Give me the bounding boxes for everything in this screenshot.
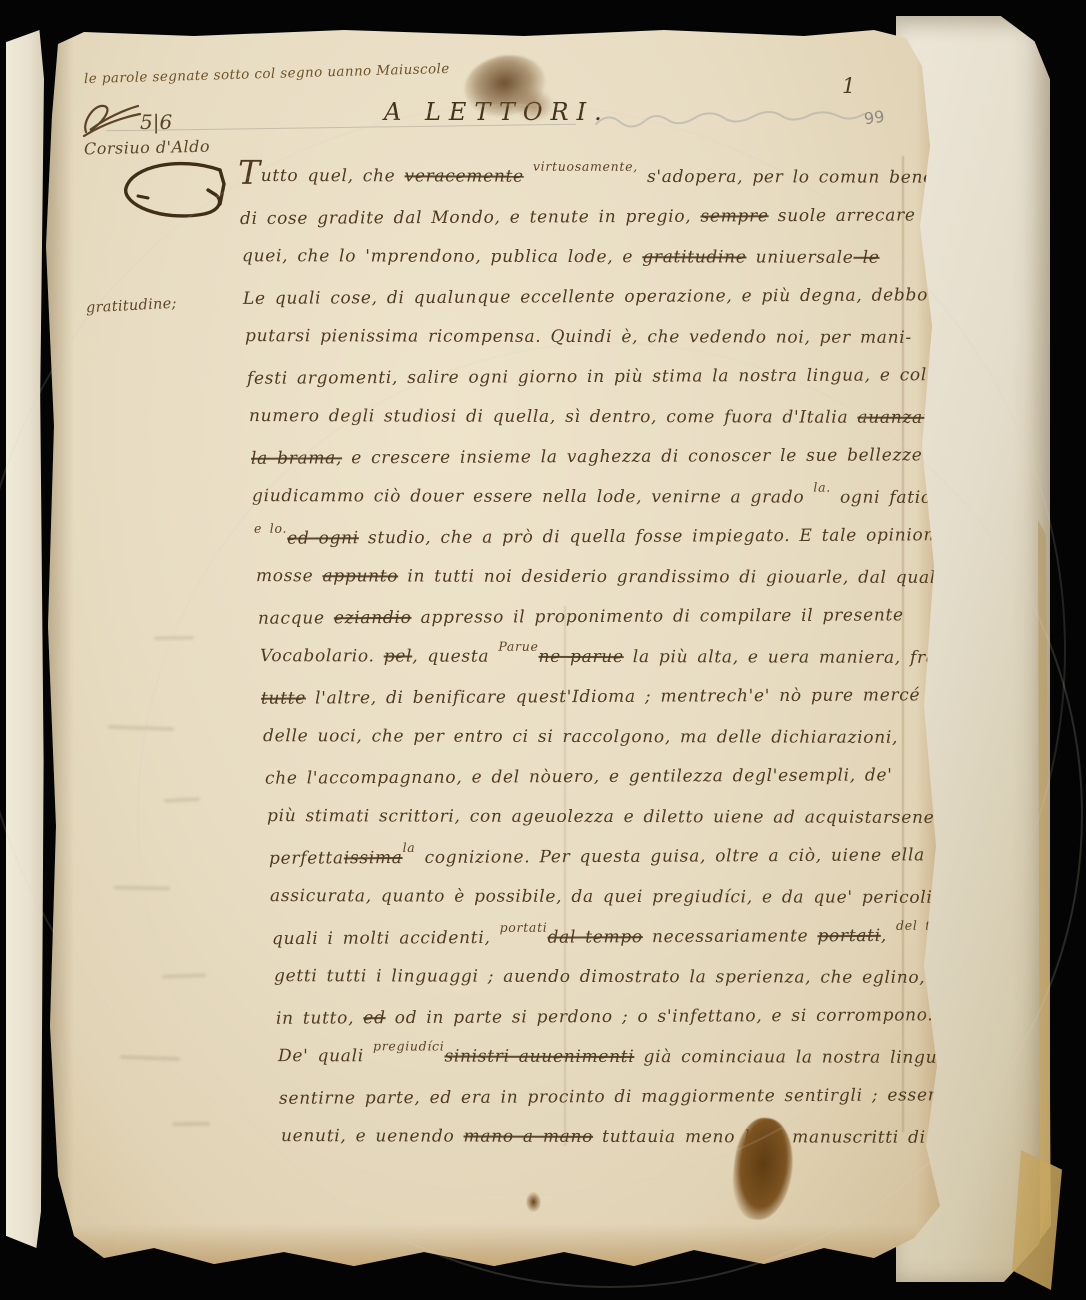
manuscript-line: De' quali pregiudícisinistri auuenimenti… (278, 1044, 968, 1071)
manuscript-line: festi argomenti, salire ogni giorno in p… (247, 363, 927, 391)
manuscript-line: nacque eziandio appresso il proponimento… (258, 603, 904, 630)
photo-background: le parole segnate sotto col segno uanno … (0, 0, 1086, 1300)
manuscript-line: la brama, e crescere insieme la vaghezza… (251, 443, 938, 471)
manuscript-line: che l'accompagnano, e del nòuero, e gent… (265, 763, 893, 790)
ink-blot (526, 1192, 541, 1212)
manuscript-line: uenuti, e uenendo mano a mano tuttauia m… (281, 1124, 987, 1150)
manuscript-line: giudicammo ciò douer essere nella lode, … (252, 484, 948, 511)
manuscript-line: tutte l'altre, di benificare quest'Idiom… (261, 683, 920, 710)
manuscript-line: putarsi pienissima ricompensa. Quindi è,… (245, 324, 912, 350)
manuscript-line: getti tutti i linguaggi ; auendo dimostr… (274, 964, 946, 990)
book-flyleaf (6, 30, 44, 1248)
manuscript-line: di cose gradite dal Mondo, e tenute in p… (240, 203, 1001, 232)
manuscript-page: le parole segnate sotto col segno uanno … (44, 26, 948, 1272)
manuscript-line: in tutto, ed od in parte si perdono ; o … (276, 1003, 934, 1030)
manuscript-line: mosse appunto in tutti noi desiderio gra… (256, 564, 947, 590)
manuscript-line: e lo.ed ogni studio, che a prò di quella… (254, 523, 946, 552)
manuscript-line: assicurata, quanto è possibile, da quei … (270, 884, 964, 910)
manuscript-line: numero degli studiosi di quella, sì dent… (249, 404, 947, 430)
manuscript-line: delle uoci, che per entro ci si raccolgo… (263, 724, 898, 750)
manuscript-line: più stimati scrittori, con ageuolezza e … (267, 804, 934, 830)
book-corner-edge (1012, 1150, 1062, 1290)
manuscript-line: Vocabolario. pel, questa Paruene parue l… (260, 644, 937, 671)
manuscript-line: perfettaissimala cognizione. Per questa … (269, 843, 925, 871)
manuscript-line: Le quali cose, di qualunque eccellente o… (243, 283, 970, 311)
text-lines: Tutto quel, che veracemente virtuosament… (44, 26, 948, 1272)
manuscript-line: sentirne parte, ed era in procinto di ma… (279, 1083, 962, 1111)
manuscript-line: quei, che lo 'mprendono, publica lode, e… (242, 244, 880, 270)
ink-smudge (514, 88, 554, 122)
